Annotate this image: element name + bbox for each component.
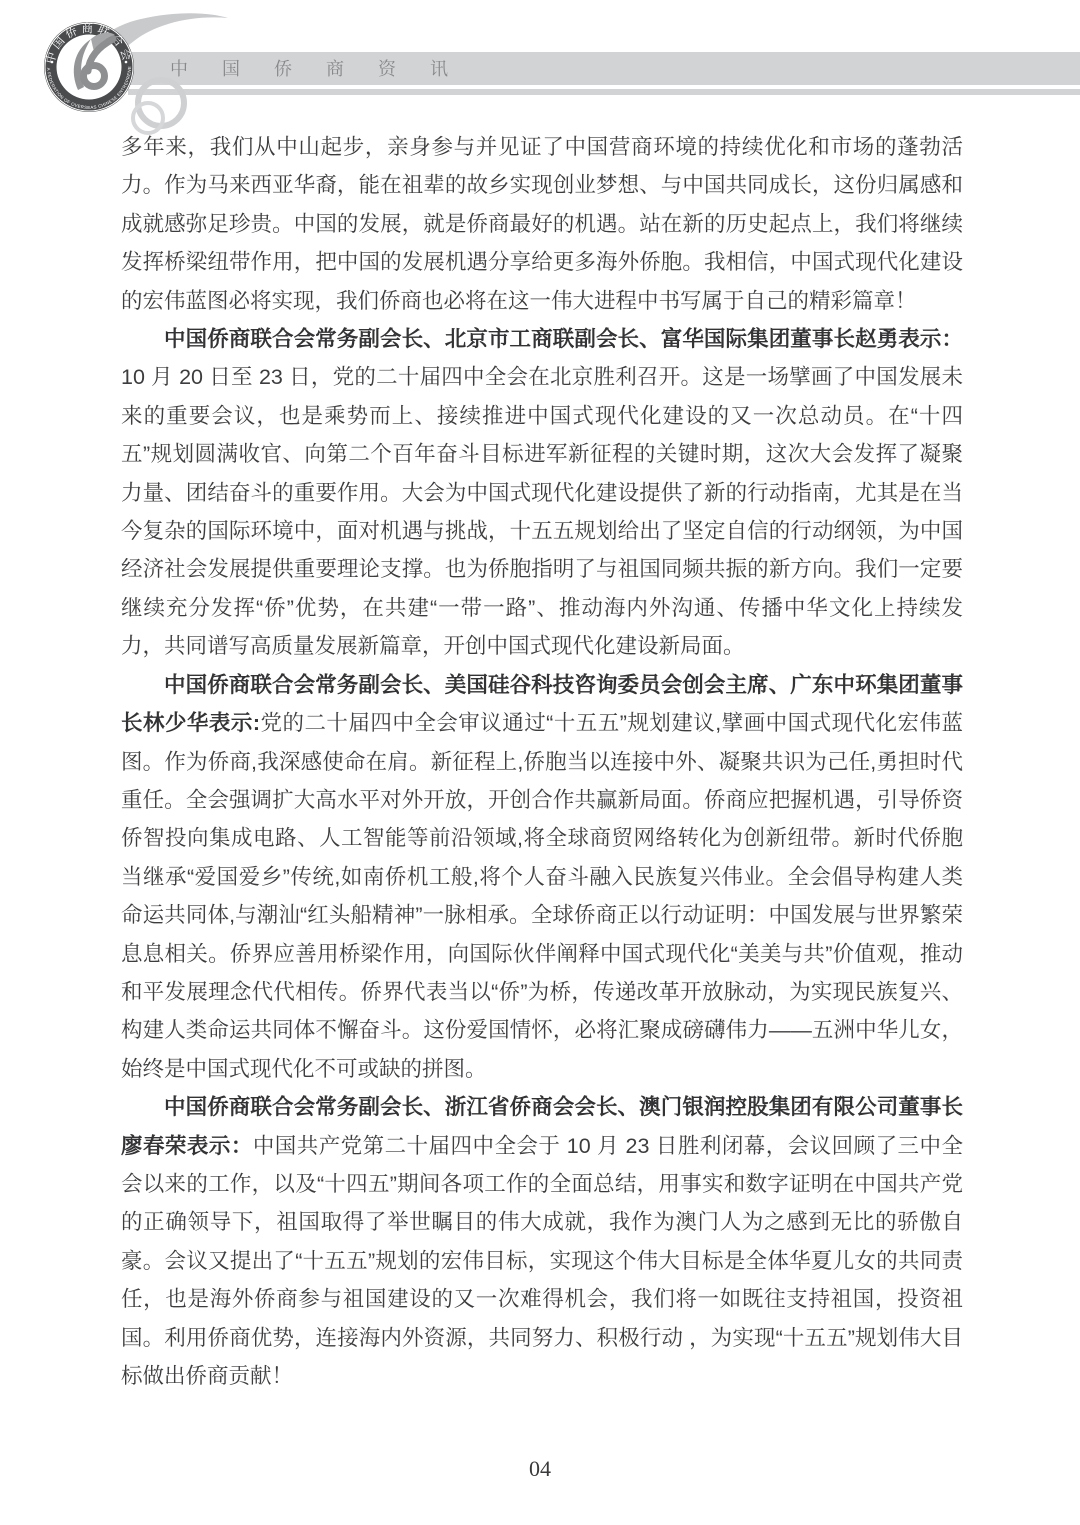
paragraph-text: 10 月 20 日至 23 日，党的二十届四中全会在北京胜利召开。这是一场擘画了…: [121, 365, 963, 658]
paragraph: 多年来，我们从中山起步，亲身参与并见证了中国营商环境的持续优化和市场的蓬勃活力。…: [121, 128, 963, 320]
masthead-divider-line: [128, 89, 1080, 95]
masthead-bar: 中国侨商资讯: [118, 52, 1080, 85]
logo-seal: 中国侨商联合会 CHINA FEDERATION OF OVERSEAS CHI…: [26, 2, 135, 112]
article-body: 多年来，我们从中山起步，亲身参与并见证了中国营商环境的持续优化和市场的蓬勃活力。…: [121, 128, 963, 1395]
paragraph: 中国侨商联合会常务副会长、美国硅谷科技咨询委员会创会主席、广东中环集团董事长林少…: [121, 666, 963, 1088]
paragraph-text: 中国共产党第二十届四中全会于 10 月 23 日胜利闭幕，会议回顾了三中全会以来…: [121, 1134, 963, 1388]
document-page: 中国侨商资讯 中国侨商联合会 CHINA FEDERATION OF OVERS…: [0, 0, 1080, 1525]
page-number: 04: [0, 1456, 1080, 1482]
paragraph: 中国侨商联合会常务副会长、北京市工商联副会长、富华国际集团董事长赵勇表示：10 …: [121, 320, 963, 666]
paragraph-lead: 中国侨商联合会常务副会长、北京市工商联副会长、富华国际集团董事长赵勇表示：: [164, 327, 963, 351]
paragraph: 中国侨商联合会常务副会长、浙江省侨商会会长、澳门银润控股集团有限公司董事长廖春荣…: [121, 1088, 963, 1395]
paragraph-text: 党的二十届四中全会审议通过“十五五”规划建议,擘画中国式现代化宏伟蓝图。作为侨商…: [121, 711, 963, 1081]
paragraph-text: 多年来，我们从中山起步，亲身参与并见证了中国营商环境的持续优化和市场的蓬勃活力。…: [121, 135, 963, 313]
